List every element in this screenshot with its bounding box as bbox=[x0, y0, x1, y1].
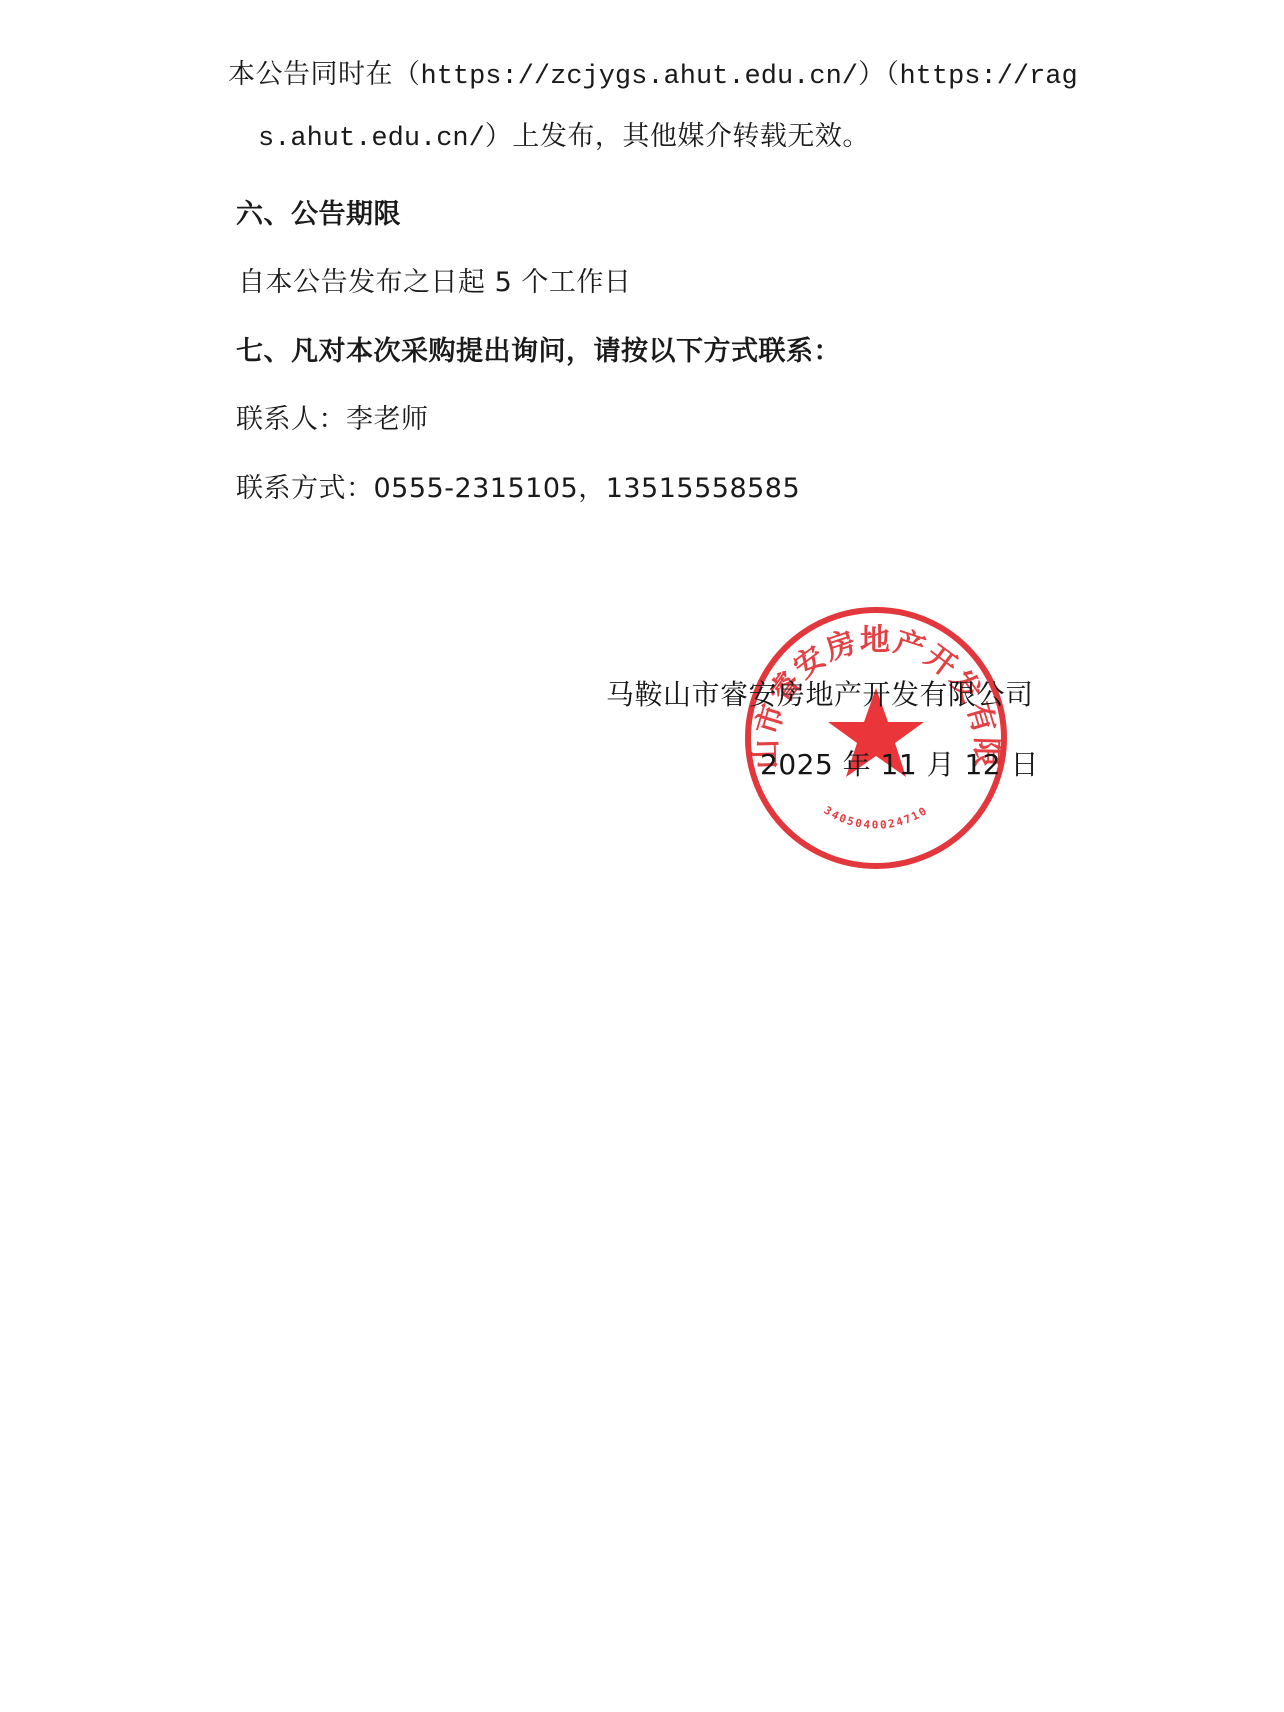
signature-company: 马鞍山市睿安房地产开发有限公司 bbox=[606, 678, 1034, 712]
url-rags-part2[interactable]: s.ahut.edu.cn/ bbox=[258, 124, 485, 154]
contact-method-value: 0555-2315105，13515558585 bbox=[374, 473, 801, 504]
section6-heading: 六、公告期限 bbox=[236, 198, 401, 232]
publish-notice-suffix: ）上发布，其他媒介转载无效。 bbox=[485, 121, 870, 152]
section7-heading: 七、凡对本次采购提出询问，请按以下方式联系： bbox=[236, 335, 841, 369]
url-rags-part1[interactable]: https://rag bbox=[899, 62, 1077, 92]
publish-notice-mid: ）（ bbox=[858, 59, 900, 90]
publish-notice-line1: 本公告同时在（https://zcjygs.ahut.edu.cn/）（http… bbox=[228, 58, 1078, 94]
contact-method-label: 联系方式： bbox=[236, 473, 374, 504]
signature-date: 2025 年 11 月 12 日 bbox=[760, 748, 1039, 782]
contact-person-line: 联系人：李老师 bbox=[236, 403, 429, 437]
publish-notice-prefix: 本公告同时在（ bbox=[228, 59, 421, 90]
svg-text:3405040024710: 3405040024710 bbox=[822, 804, 931, 832]
contact-person-value: 李老师 bbox=[346, 404, 429, 435]
url-zcjygs[interactable]: https://zcjygs.ahut.edu.cn/ bbox=[421, 62, 858, 92]
contact-method-line: 联系方式：0555-2315105，13515558585 bbox=[236, 472, 800, 506]
company-seal-icon: 马鞍山市睿安房地产开发有限公司 3405040024710 bbox=[742, 604, 1010, 872]
publish-notice-line2: s.ahut.edu.cn/）上发布，其他媒介转载无效。 bbox=[258, 120, 870, 156]
contact-person-label: 联系人： bbox=[236, 404, 346, 435]
section6-body: 自本公告发布之日起 5 个工作日 bbox=[238, 266, 631, 300]
